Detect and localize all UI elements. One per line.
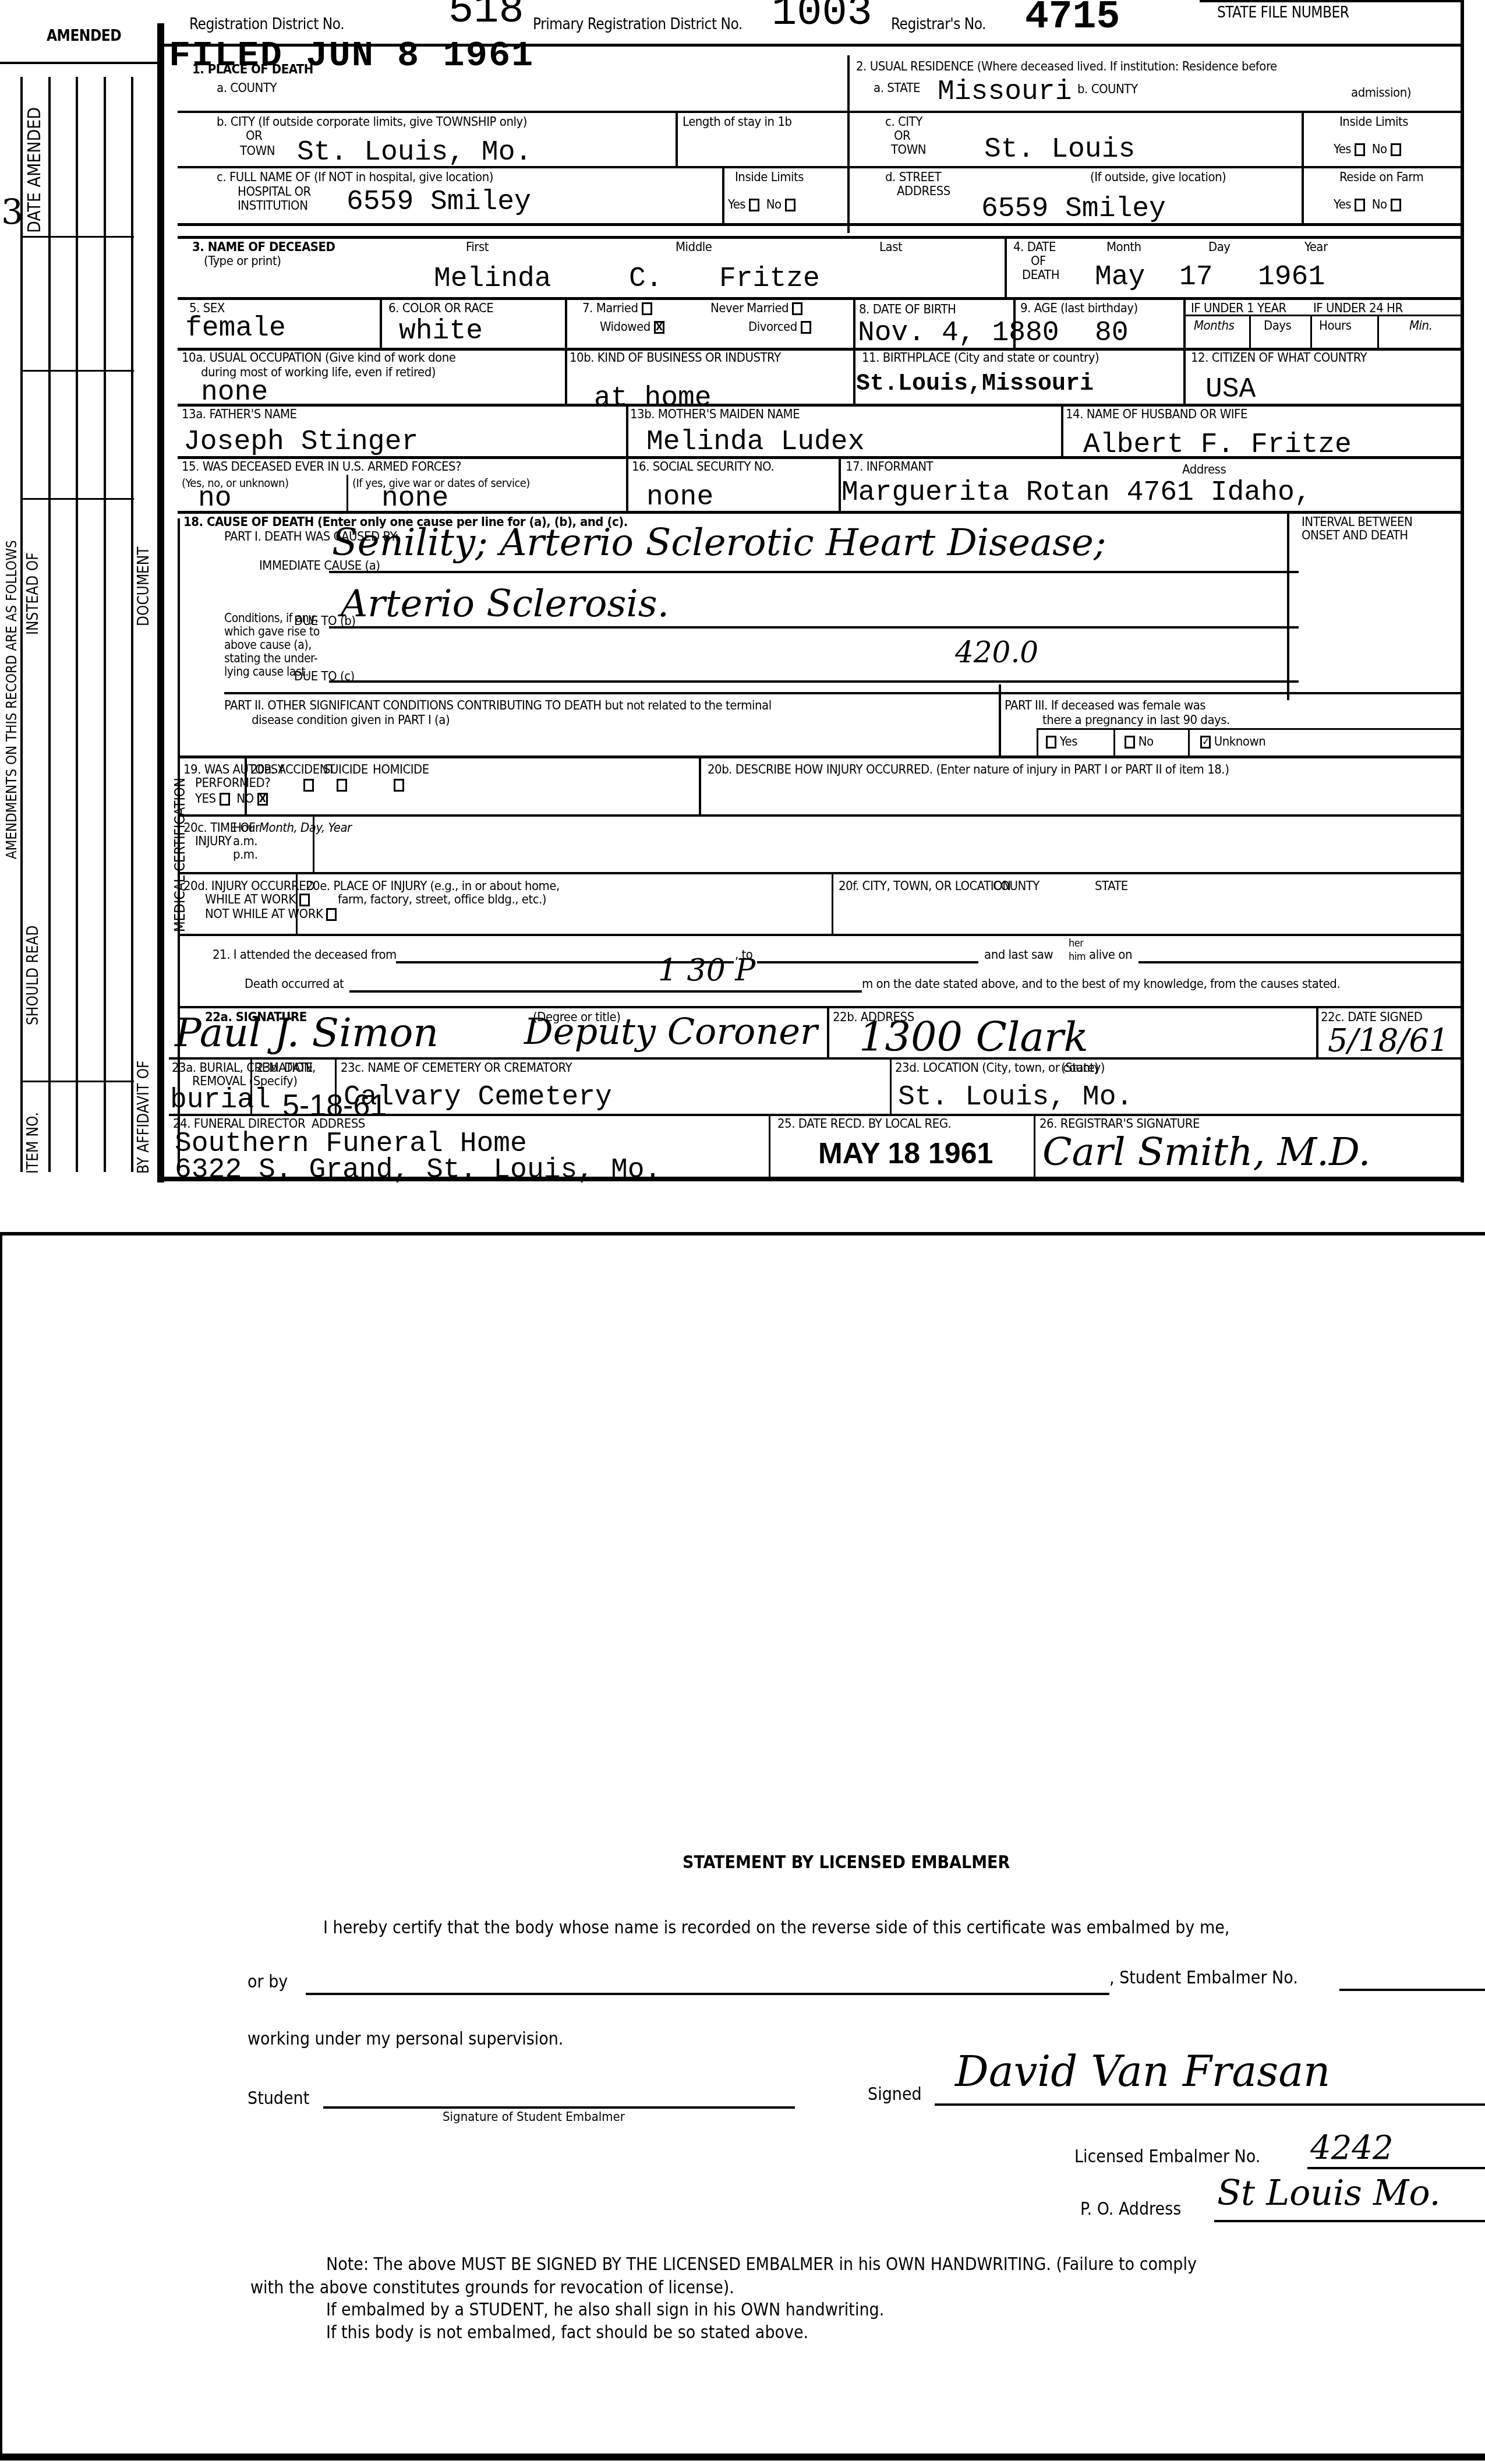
cell-divider	[313, 817, 314, 872]
row-rule	[178, 223, 1462, 226]
pregnancy-yes-option: Yes	[1042, 735, 1077, 749]
residence-town-label: TOWN	[891, 143, 926, 157]
date-of-death-label: 4. DATE	[1013, 241, 1056, 255]
part3-label: PART III. If deceased was female was	[1005, 699, 1205, 713]
margin-row-rule	[20, 236, 134, 238]
cell-divider	[380, 297, 382, 348]
her-label: her	[1069, 938, 1083, 949]
amendments-heading: AMENDMENTS ON THIS RECORD ARE AS FOLLOWS	[3, 540, 20, 859]
days-label: Days	[1264, 319, 1291, 333]
city-or-label: OR	[246, 129, 262, 143]
row-rule	[1037, 728, 1462, 730]
form-left-border	[157, 23, 164, 1182]
amended-rule	[0, 62, 157, 64]
cell-divider	[1183, 297, 1186, 348]
time-of-injury-label-2: INJURY	[195, 835, 231, 849]
last-saw-label: and last saw	[984, 948, 1053, 962]
medical-certification-label: MEDICAL CERTIFICATION	[172, 778, 188, 932]
primary-district-label: Primary Registration District No.	[533, 16, 742, 33]
suicide-checkbox-wrap	[333, 778, 347, 792]
months-label: Months	[1194, 319, 1234, 333]
last-label: Last	[879, 241, 902, 255]
license-no-value: 4242	[1310, 2132, 1394, 2165]
no-label: No	[1372, 197, 1387, 212]
cell-divider	[722, 166, 724, 224]
date-amended-label: DATE AMENDED	[24, 107, 45, 233]
student-no-field[interactable]	[1339, 1968, 1485, 1991]
informant-address-label: Address	[1182, 463, 1226, 477]
funeral-address-value: 6322 S. Grand, St. Louis, Mo.	[175, 1156, 661, 1184]
conditions-note-line: stating the under-	[224, 652, 320, 665]
inside-limits-options: Yes No	[728, 198, 795, 212]
or-by-field[interactable]	[306, 1972, 1109, 1995]
cause-c-line	[329, 680, 1299, 683]
primary-district-no: 1003	[772, 0, 872, 34]
mother-value: Melinda Ludex	[646, 428, 864, 456]
cell-divider	[853, 297, 855, 348]
should-read-label: SHOULD READ	[24, 926, 42, 1026]
cell-divider	[890, 1057, 892, 1115]
not-while-at-work-label: NOT WHILE AT WORK	[205, 907, 323, 922]
funeral-name-value: Southern Funeral Home	[175, 1130, 527, 1158]
min-label: Min.	[1409, 319, 1432, 333]
name-of-deceased-label: 3. NAME OF DECEASED	[192, 241, 335, 255]
pregnancy-yes-checkbox[interactable]	[1046, 736, 1056, 749]
date-received-value: MAY 18 1961	[818, 1139, 993, 1168]
row-rule	[178, 456, 1462, 459]
married-checkbox[interactable]	[642, 302, 652, 315]
hospital-value: 6559 Smiley	[346, 188, 531, 216]
row-rule	[178, 1006, 1462, 1008]
street-hint: (If outside, give location)	[1090, 171, 1226, 185]
pregnancy-no-checkbox[interactable]	[1125, 736, 1135, 749]
margin-col-rule	[48, 77, 51, 1172]
residence-inside-limits-label: Inside Limits	[1339, 115, 1408, 129]
never-married-checkbox[interactable]	[792, 302, 802, 315]
spouse-value: Albert F. Fritze	[1083, 431, 1352, 459]
month-label: Month	[1106, 241, 1141, 255]
section-divider	[847, 55, 850, 233]
po-address-value: St Louis Mo.	[1217, 2176, 1441, 2211]
state-file-top-rule	[1200, 0, 1462, 2]
middle-label: Middle	[676, 241, 712, 255]
business-label: 10b. KIND OF BUSINESS OR INDUSTRY	[570, 351, 780, 365]
name-sub-label: (Type or print)	[204, 255, 281, 269]
row-rule	[178, 236, 1462, 239]
him-label: him	[1069, 951, 1086, 963]
cell-divider	[1188, 728, 1190, 756]
cell-divider	[1113, 728, 1115, 756]
note-line-4: If this body is not embalmed, fact shoul…	[326, 2322, 808, 2343]
under-24-hr-label: IF UNDER 24 HR	[1313, 302, 1403, 316]
first-name-value: Melinda	[434, 265, 551, 293]
sex-value: female	[185, 315, 286, 343]
armed-forces-label: 15. WAS DECEASED EVER IN U.S. ARMED FORC…	[182, 460, 461, 474]
county-label: a. COUNTY	[217, 82, 277, 96]
cell-divider	[626, 456, 628, 511]
date-received-label: 25. DATE RECD. BY LOCAL REG.	[777, 1117, 951, 1131]
injury-state-label: STATE	[1095, 880, 1128, 894]
yes-label: Yes	[1060, 735, 1077, 749]
farm-yes-checkbox[interactable]	[1355, 199, 1365, 211]
hours-label: Hours	[1319, 319, 1352, 333]
date-of-death-of: OF	[1031, 255, 1046, 269]
birthplace-label: 11. BIRTHPLACE (City and state or countr…	[862, 351, 1099, 365]
cell-divider	[335, 1057, 337, 1115]
by-affidavit-label: BY AFFIDAVIT OF	[135, 1061, 153, 1174]
street-label: d. STREET	[885, 171, 941, 185]
father-label: 13a. FATHER'S NAME	[182, 408, 297, 422]
while-at-work-option: WHILE AT WORK	[205, 893, 310, 907]
death-time-value: 1 30 P	[658, 955, 755, 986]
no-label: No	[1372, 142, 1387, 157]
under-1-year-label: IF UNDER 1 YEAR	[1191, 302, 1286, 316]
certifier-title: Deputy Coroner	[524, 1014, 818, 1050]
am-label: a.m.	[233, 835, 257, 849]
day-label: Day	[1208, 241, 1231, 255]
not-while-at-work-option: NOT WHILE AT WORK	[205, 908, 337, 922]
po-address-label: P. O. Address	[1080, 2199, 1181, 2219]
hour-label: Hour	[233, 821, 260, 835]
row-rule	[178, 297, 1462, 300]
race-value: white	[399, 317, 483, 345]
statement-left-rule	[0, 1234, 2, 2457]
residence-street-value: 6559 Smiley	[981, 195, 1166, 223]
date-stated-text: m on the date stated above, and to the b…	[862, 977, 1340, 991]
certify-text: I hereby certify that the body whose nam…	[323, 1918, 1229, 1938]
disposition-date-label: 23b. DATE	[256, 1061, 313, 1075]
part3-sub-label: there a pregnancy in last 90 days.	[1042, 714, 1230, 728]
conditions-note-line: above cause (a),	[224, 638, 320, 652]
row-rule	[178, 814, 1462, 817]
homicide-label: HOMICIDE	[373, 763, 429, 777]
signed-label: Signed	[868, 2084, 922, 2105]
reside-on-farm-options: Yes No	[1334, 198, 1401, 212]
statement-bottom-rule	[0, 2454, 1485, 2461]
interval-label-2: ONSET AND DEATH	[1302, 529, 1408, 543]
cell-divider	[853, 348, 855, 405]
burial-value: burial	[170, 1086, 271, 1114]
institution-sub-label: INSTITUTION	[238, 199, 308, 213]
accident-checkbox[interactable]	[303, 779, 314, 792]
part2-label: PART II. OTHER SIGNIFICANT CONDITIONS CO…	[224, 699, 772, 713]
death-time-field[interactable]	[349, 977, 862, 993]
never-married-label: Never Married	[710, 301, 789, 316]
cell-divider	[1287, 514, 1289, 700]
row-rule	[1183, 315, 1462, 316]
occupation-label: 10a. USUAL OCCUPATION (Give kind of work…	[182, 351, 455, 365]
month-day-year-label: Month, Day, Year	[259, 821, 352, 835]
residence-city-value: St. Louis	[984, 136, 1135, 164]
cell-divider	[1316, 1006, 1318, 1058]
form-top-rule	[164, 44, 1463, 47]
certifier-address-value: 1300 Clark	[859, 1016, 1088, 1057]
row-rule	[224, 692, 1462, 694]
row-rule	[178, 934, 1462, 936]
cell-divider	[1249, 315, 1251, 348]
instead-of-label: INSTEAD OF	[24, 552, 42, 635]
homicide-checkbox-wrap	[390, 778, 404, 792]
statement-top-rule	[0, 1232, 1485, 1235]
note-line-1: Note: The above MUST BE SIGNED BY THE LI…	[326, 2254, 1197, 2275]
date-of-death-death: DEATH	[1022, 269, 1059, 283]
suicide-checkbox[interactable]	[337, 779, 347, 792]
note-line-2: with the above constitutes grounds for r…	[250, 2278, 734, 2298]
middle-name-value: C.	[629, 265, 663, 293]
cell-divider	[626, 404, 628, 457]
due-to-b-value: Arterio Sclerosis.	[341, 585, 669, 623]
place-of-injury-label-2: farm, factory, street, office bldg., etc…	[338, 893, 546, 907]
cell-divider	[999, 684, 1001, 756]
mother-label: 13b. MOTHER'S MAIDEN NAME	[630, 408, 800, 422]
armed-value: no	[198, 485, 232, 513]
occupation-value: none	[201, 379, 268, 407]
document-label: DOCUMENT	[135, 546, 153, 626]
margin-col-rule	[76, 77, 78, 1172]
place-city-value: St. Louis, Mo.	[297, 139, 532, 167]
hospital-label: c. FULL NAME OF (If NOT in hospital, giv…	[217, 171, 493, 185]
state-label: a. STATE	[874, 82, 920, 96]
attended-to-field[interactable]	[757, 948, 978, 963]
cell-divider	[1061, 404, 1063, 457]
yes-label: YES	[195, 792, 216, 806]
immediate-cause-value: Senility; Arterio Sclerotic Heart Diseas…	[332, 524, 1106, 562]
cell-divider	[832, 872, 833, 935]
homicide-checkbox[interactable]	[394, 779, 404, 792]
cell-divider	[1183, 348, 1186, 405]
first-label: First	[466, 241, 489, 255]
widowed-label: Widowed	[600, 320, 650, 334]
row-rule	[178, 404, 1462, 407]
cell-divider	[699, 758, 701, 816]
armed-service-value: none	[381, 485, 448, 513]
farm-no-checkbox[interactable]	[1391, 199, 1401, 211]
dob-value: Nov. 4, 1880	[858, 319, 1059, 347]
autopsy-label-2: PERFORMED?	[195, 776, 270, 790]
yes-label: Yes	[728, 197, 745, 212]
cell-divider	[676, 111, 678, 166]
margin-row-rule	[20, 498, 134, 500]
supervision-text: working under my personal supervision.	[248, 2029, 563, 2049]
not-while-at-work-checkbox[interactable]	[326, 908, 337, 921]
dob-label: 8. DATE OF BIRTH	[859, 303, 956, 317]
injury-at-work-label: 20d. INJURY OCCURRED	[183, 880, 314, 894]
part2-sub-label: disease condition given in PART I (a)	[252, 714, 450, 728]
cell-divider	[565, 297, 567, 348]
pm-label: p.m.	[233, 848, 257, 862]
margin-row-rule	[20, 1081, 134, 1082]
statement-title: STATEMENT BY LICENSED EMBALMER	[683, 1852, 1010, 1873]
margin-col-rule	[104, 77, 106, 1172]
cause-a-line	[329, 571, 1299, 573]
state-file-number-label: STATE FILE NUMBER	[1217, 5, 1349, 22]
injury-city-label: 20f. CITY, TOWN, OR LOCATION	[839, 880, 1010, 894]
father-value: Joseph Stinger	[183, 428, 418, 456]
cell-divider	[346, 475, 348, 511]
while-at-work-checkbox[interactable]	[299, 894, 310, 906]
autopsy-yes-checkbox[interactable]	[220, 793, 230, 806]
describe-injury-label: 20b. DESCRIBE HOW INJURY OCCURRED. (Ente…	[708, 763, 1229, 777]
divorced-label: Divorced	[748, 320, 797, 334]
cell-divider	[565, 348, 567, 405]
cell-divider	[250, 1057, 252, 1115]
street-sub-label: ADDRESS	[897, 185, 950, 199]
cell-divider	[1037, 728, 1038, 756]
ssn-value: none	[646, 483, 713, 511]
cell-divider	[245, 758, 247, 816]
residence-state-value: Missouri	[938, 78, 1072, 106]
birthplace-value: St.Louis,Missouri	[856, 373, 1094, 396]
margin-handwritten-mark: 3	[1, 195, 23, 230]
ssn-label: 16. SOCIAL SECURITY NO.	[632, 460, 774, 474]
no-label: No	[1138, 735, 1154, 749]
cell-divider	[1310, 315, 1312, 348]
hospital-sub-label: HOSPITAL OR	[238, 185, 311, 199]
city-town-label: TOWN	[240, 144, 275, 158]
form-right-border	[1461, 0, 1464, 1182]
autopsy-options: YES NOX	[195, 792, 268, 806]
row-rule	[178, 166, 847, 168]
certifier-signature: Paul J. Simon	[175, 1014, 439, 1053]
amended-label: AMENDED	[47, 28, 121, 45]
residence-city-label: c. CITY	[885, 115, 922, 129]
or-by-label: or by	[248, 1972, 288, 1992]
student-signature-caption: Signature of Student Embalmer	[443, 2110, 625, 2124]
cell-divider	[1377, 315, 1379, 348]
place-of-injury-label: 20e. PLACE OF INJURY (e.g., in or about …	[306, 880, 560, 894]
city-label: b. CITY (If outside corporate limits, gi…	[217, 115, 527, 129]
license-no-label: Licensed Embalmer No.	[1074, 2147, 1260, 2167]
divorced-checkbox[interactable]	[801, 321, 811, 334]
never-married-option: Never Married	[710, 302, 802, 316]
residence-county-label: b. COUNTY	[1077, 83, 1138, 97]
inside-limits-yes-checkbox[interactable]	[749, 199, 759, 211]
inside-limits-no-checkbox[interactable]	[785, 199, 795, 211]
alive-on-field[interactable]	[1138, 948, 1462, 963]
inside-limits-label: Inside Limits	[735, 171, 804, 185]
residence-or-label: OR	[894, 129, 910, 143]
death-month-value: May	[1095, 263, 1145, 291]
usual-residence-label: 2. USUAL RESIDENCE (Where deceased lived…	[856, 60, 1277, 74]
death-day-value: 17	[1179, 263, 1213, 291]
cell-divider	[769, 1114, 770, 1178]
item-no-label: ITEM NO.	[24, 1112, 42, 1174]
row-rule	[847, 111, 1462, 113]
registrar-label: Registrar's No.	[891, 16, 986, 33]
row-rule	[178, 756, 1462, 758]
row-rule	[178, 872, 1462, 874]
pregnancy-unknown-option: ✓ Unknown	[1197, 735, 1265, 749]
residence-inside-limits-options: Yes No	[1334, 143, 1401, 157]
widowed-checkbox[interactable]: X	[654, 321, 664, 334]
pregnancy-unknown-checkbox[interactable]: ✓	[1200, 736, 1211, 749]
margin-row-rule	[20, 370, 134, 372]
length-of-stay-label: Length of stay in 1b	[683, 115, 792, 129]
informant-label: 17. INFORMANT	[846, 460, 933, 474]
reside-on-farm-label: Reside on Farm	[1339, 171, 1423, 185]
spouse-label: 14. NAME OF HUSBAND OR WIFE	[1066, 408, 1247, 422]
cell-divider	[827, 1006, 829, 1058]
death-occurred-label: Death occurred at	[245, 977, 344, 991]
attended-from-label: 21. I attended the deceased from	[213, 948, 397, 962]
residence-label-cont: admission)	[1351, 86, 1411, 100]
residence-inside-yes-checkbox[interactable]	[1355, 143, 1365, 156]
cause-b-line	[329, 626, 1299, 629]
student-label: Student	[248, 2088, 309, 2109]
cell-divider	[839, 456, 841, 511]
location-value: St. Louis, Mo.	[898, 1083, 1133, 1111]
embalmer-signature: David Van Frasan	[955, 2050, 1330, 2092]
date-signed-value: 5/18/61	[1328, 1025, 1449, 1057]
registrar-signature: Carl Smith, M.D.	[1042, 1133, 1370, 1171]
suicide-label: SUICIDE	[323, 763, 368, 777]
yes-label: Yes	[1334, 142, 1351, 157]
cell-divider	[296, 872, 298, 935]
pregnancy-no-option: No	[1121, 735, 1154, 749]
citizen-value: USA	[1205, 376, 1256, 404]
injury-county-label: COUNTY	[993, 880, 1039, 894]
registrar-no: 4715	[1025, 0, 1120, 37]
residence-inside-no-checkbox[interactable]	[1391, 143, 1401, 156]
race-label: 6. COLOR OR RACE	[388, 302, 493, 316]
autopsy-no-checkbox[interactable]: X	[257, 793, 268, 806]
student-signature-field[interactable]	[323, 2085, 795, 2109]
cemetery-label: 23c. NAME OF CEMETERY OR CREMATORY	[341, 1061, 572, 1075]
yes-label: Yes	[1334, 197, 1351, 212]
accident-checkbox-wrap	[300, 778, 314, 792]
age-label: 9. AGE (last birthday)	[1020, 302, 1138, 316]
accident-label: 20a. ACCIDENT	[250, 763, 335, 777]
cemetery-value: Calvary Cemetery	[344, 1083, 612, 1111]
row-rule	[169, 1114, 1462, 1116]
row-rule	[178, 111, 847, 113]
place-of-death-label: 1. PLACE OF DEATH	[192, 63, 313, 77]
row-rule	[178, 511, 1462, 514]
student-no-label: , Student Embalmer No.	[1109, 1968, 1298, 1988]
married-option: 7. Married	[582, 302, 652, 316]
married-label: 7. Married	[582, 301, 638, 316]
note-line-3: If embalmed by a STUDENT, he also shall …	[326, 2300, 884, 2320]
informant-value: Marguerita Rotan 4761 Idaho,	[842, 479, 1311, 507]
cell-divider	[1005, 236, 1007, 298]
margin-col-rule	[20, 77, 23, 1172]
year-label: Year	[1304, 241, 1328, 255]
cause-code: 420.0	[955, 638, 1038, 667]
location-state-label: (State)	[1061, 1061, 1098, 1075]
death-year-value: 1961	[1258, 263, 1325, 291]
row-rule	[169, 1057, 1462, 1060]
widowed-option: WidowedX	[600, 320, 664, 334]
divorced-option: Divorced	[748, 320, 811, 334]
margin-col-rule	[131, 77, 133, 1172]
last-name-value: Fritze	[719, 265, 820, 293]
registration-district-no: 518	[448, 0, 524, 31]
cell-divider	[1034, 1114, 1035, 1178]
row-rule	[847, 166, 1462, 168]
no-label: No	[766, 197, 782, 212]
unknown-label: Unknown	[1214, 735, 1265, 749]
cell-divider	[1013, 297, 1016, 348]
interval-label: INTERVAL BETWEEN	[1302, 516, 1412, 529]
while-at-work-label: WHILE AT WORK	[205, 892, 296, 907]
citizen-label: 12. CITIZEN OF WHAT COUNTRY	[1191, 351, 1367, 365]
age-value: 80	[1095, 319, 1129, 347]
alive-on-label: alive on	[1089, 948, 1132, 962]
registration-district-label: Registration District No.	[189, 16, 344, 33]
